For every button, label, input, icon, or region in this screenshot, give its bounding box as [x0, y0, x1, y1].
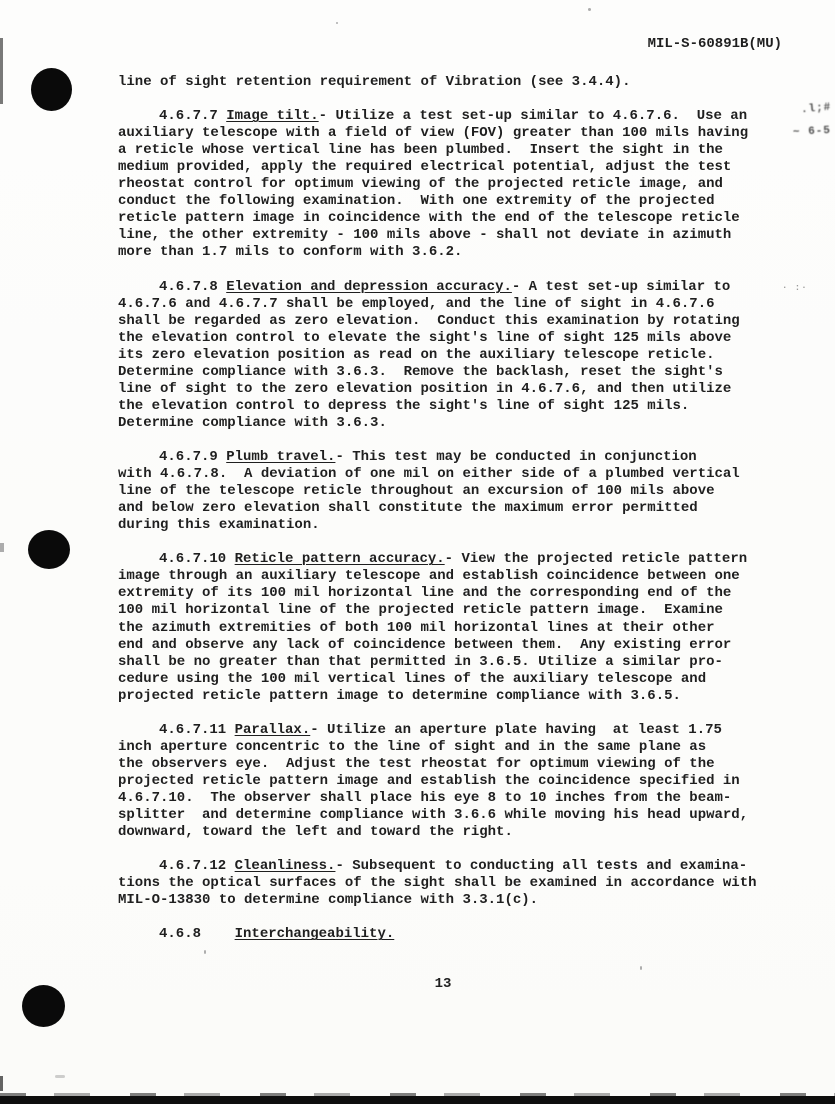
paragraph-body: - View the projected reticle pattern ima…	[118, 551, 747, 703]
paragraph-number: 4.6.7.8	[159, 279, 226, 295]
paragraph-body: - A test set-up similar to 4.6.7.6 and 4…	[118, 279, 740, 431]
paragraph-title: Reticle pattern accuracy.	[235, 551, 445, 567]
pencil-smudge-mark: · :·	[782, 283, 808, 293]
dust-speck	[204, 950, 206, 954]
hole-punch-top	[31, 68, 72, 111]
scan-edge-artifact-middle	[0, 543, 4, 552]
paragraph-number: 4.6.7.10	[159, 551, 235, 567]
paragraph-title: Plumb travel.	[226, 449, 335, 465]
dust-speck	[55, 1075, 65, 1078]
paragraph-title: Elevation and depression accuracy.	[226, 279, 512, 295]
hole-punch-bottom	[22, 985, 65, 1027]
paragraph-number: 4.6.7.11	[159, 722, 235, 738]
dust-speck	[640, 966, 642, 970]
document-page: MIL-S-60891B(MU) line of sight retention…	[0, 0, 835, 1104]
scan-bar-artifact	[0, 1096, 835, 1104]
paragraph-title: Cleanliness.	[235, 858, 336, 874]
paragraph-4-6-8: 4.6.8 Interchangeability.	[118, 926, 798, 943]
paragraph-4-6-7-7: 4.6.7.7 Image tilt.- Utilize a test set-…	[118, 108, 798, 261]
paragraph-4-6-7-10: 4.6.7.10 Reticle pattern accuracy.- View…	[118, 551, 798, 704]
paragraph-4-6-7-11: 4.6.7.11 Parallax.- Utilize an aperture …	[118, 722, 798, 841]
intro-line: line of sight retention requirement of V…	[118, 74, 798, 91]
paragraph-title: Image tilt.	[226, 108, 318, 124]
document-spec-code: MIL-S-60891B(MU)	[648, 36, 782, 53]
paragraph-number: 4.6.7.7	[159, 108, 226, 124]
paragraph-body: - Utilize a test set-up similar to 4.6.7…	[118, 108, 748, 260]
scan-edge-artifact-top	[0, 38, 3, 104]
paragraph-number: 4.6.7.12	[159, 858, 235, 874]
paragraph-4-6-7-8: 4.6.7.8 Elevation and depression accurac…	[118, 279, 798, 432]
hole-punch-middle	[28, 530, 70, 569]
paragraph-4-6-7-9: 4.6.7.9 Plumb travel.- This test may be …	[118, 449, 798, 534]
paragraph-body: - Utilize an aperture plate having at le…	[118, 722, 748, 840]
dust-speck	[588, 8, 591, 11]
page-number: 13	[118, 976, 768, 993]
paragraph-4-6-7-12: 4.6.7.12 Cleanliness.- Subsequent to con…	[118, 858, 798, 909]
paragraph-number: 4.6.7.9	[159, 449, 226, 465]
pencil-smudge-mark: ~ 6-5	[793, 125, 832, 139]
paragraph-number: 4.6.8	[159, 926, 235, 942]
scan-edge-artifact-bottom	[0, 1076, 3, 1091]
paragraph-title: Parallax.	[235, 722, 311, 738]
document-body: line of sight retention requirement of V…	[118, 74, 798, 943]
pencil-smudge-mark: .l;#	[801, 102, 832, 117]
paragraph-title: Interchangeability.	[235, 926, 395, 942]
dust-speck	[336, 22, 338, 24]
